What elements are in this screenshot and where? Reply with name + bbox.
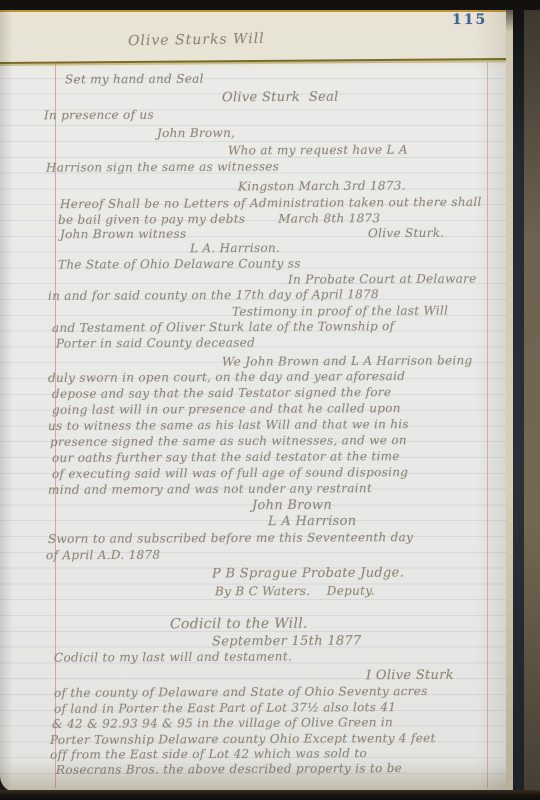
photo-top-edge	[0, 0, 540, 10]
manuscript-line: of April A.D. 1878	[46, 548, 160, 563]
manuscript-line: Who at my request have L A	[228, 143, 408, 158]
manuscript-line: off from the East side of Lot 42 which w…	[50, 746, 367, 762]
manuscript-line: Rosecrans Bros. the above described prop…	[56, 761, 402, 777]
book-binding-edge	[513, 0, 524, 800]
manuscript-line: us to witness the same as his last Will …	[48, 417, 409, 433]
manuscript-line: be bail given to pay my debts March 8th …	[58, 211, 380, 227]
manuscript-line: and Testament of Oliver Sturk late of th…	[52, 319, 394, 335]
manuscript-line-witness: John Brown witness	[60, 227, 186, 242]
manuscript-line: & 42 & 92.93 94 & 95 in the village of O…	[52, 715, 393, 731]
manuscript-line-signature: By B C Waters. Deputy.	[215, 584, 375, 599]
manuscript-line-signature: Olive Sturk.	[368, 226, 444, 240]
manuscript-line: John Brown,	[157, 126, 235, 140]
manuscript-line: Harrison sign the same as witnesses	[46, 159, 279, 174]
manuscript-line: of land in Porter the East Part of Lot 3…	[54, 700, 396, 716]
manuscript-line: Porter in said County deceased	[56, 335, 255, 350]
manuscript-line: In Probate Court at Delaware	[288, 272, 477, 287]
manuscript-line: our oaths further say that the said test…	[52, 449, 400, 465]
manuscript-line-signature: Olive Sturk Seal	[222, 90, 339, 106]
manuscript-line: Testimony in proof of the last Will	[232, 303, 448, 318]
photo-bottom-edge	[0, 790, 540, 800]
right-margin-line	[487, 62, 488, 788]
page-number: 115	[452, 12, 487, 28]
manuscript-line: Porter Township Delaware county Ohio Exc…	[50, 731, 436, 747]
manuscript-page-photo: 115 Olive Sturks Will Set my hand and Se…	[0, 0, 540, 800]
manuscript-line: In presence of us	[44, 108, 154, 123]
manuscript-line: of the county of Delaware and State of O…	[54, 684, 428, 700]
manuscript-line-codicil-heading: Codicil to the Will.	[170, 616, 308, 633]
manuscript-line: going last will in our presence and that…	[52, 401, 401, 417]
manuscript-line: Sworn to and subscribed before me this S…	[48, 530, 413, 546]
manuscript-line: in and for said county on the 17th day o…	[48, 287, 379, 303]
page-heading: Olive Sturks Will	[128, 31, 265, 49]
manuscript-line-date: September 15th 1877	[212, 634, 362, 650]
manuscript-line: Hereof Shall be no Letters of Administra…	[60, 195, 482, 211]
manuscript-line-date: Kingston March 3rd 1873.	[238, 179, 406, 194]
manuscript-line-signature: L A Harrison	[268, 514, 357, 529]
manuscript-line: duly sworn in open court, on the day and…	[48, 369, 405, 385]
manuscript-line: of executing said will was of full age o…	[52, 465, 408, 481]
book-page-edges	[506, 0, 513, 800]
manuscript-line-signature: John Brown	[252, 498, 332, 513]
manuscript-line: Set my hand and Seal	[65, 72, 204, 87]
photo-background	[524, 0, 540, 800]
manuscript-line: The State of Ohio Delaware County ss	[58, 256, 301, 271]
manuscript-line: mind and memory and was not under any re…	[48, 481, 372, 497]
manuscript-line-signature: I Olive Sturk	[366, 668, 454, 683]
manuscript-line: We John Brown and L A Harrison being	[222, 353, 473, 368]
manuscript-line-signature: L A. Harrison.	[190, 241, 280, 255]
manuscript-line: Codicil to my last will and testament.	[54, 649, 292, 664]
manuscript-line: presence signed the same as such witness…	[50, 433, 407, 449]
manuscript-line-signature: P B Sprague Probate Judge.	[212, 565, 404, 581]
manuscript-line: depose and say that the said Testator si…	[52, 385, 391, 401]
